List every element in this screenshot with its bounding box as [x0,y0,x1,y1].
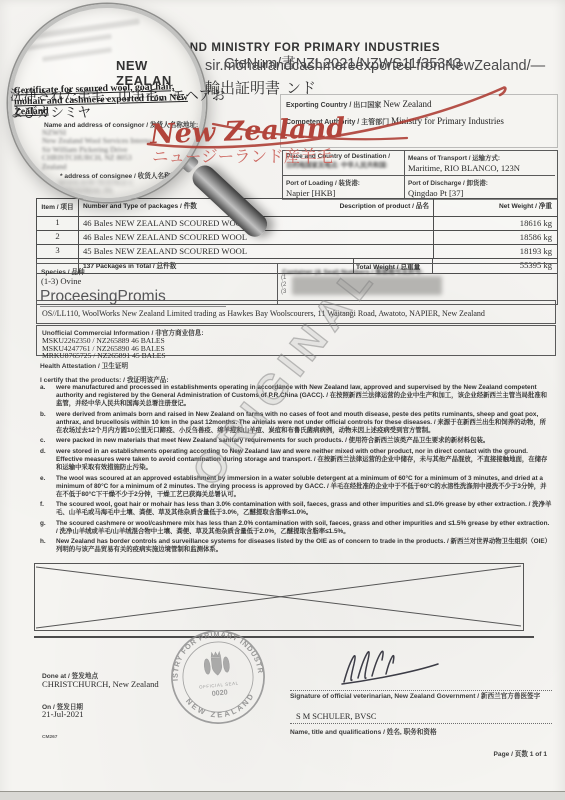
discharge-cell: Port of Discharge / 卸货港: Qingdao Pt [37] [405,176,555,200]
clause-b-letter: b. [40,411,56,435]
overlay-processing-premises: ProceesingPromis [40,288,226,307]
port-loading-label: Port of Loading / 装货港: [286,180,360,187]
health-attestation-label: Health Attestation / 卫生证明 [40,360,128,370]
goods-row-3: 3 45 Bales NEW ZEALAND SCOURED WOOL 1819… [37,244,557,258]
name-title-caption: Name, title and qualifications / 姓名, 职务和… [290,726,437,736]
clause-f: f.The scoured wool, goat hair or mohair … [40,501,552,517]
row3-weight: 18193 kg [433,245,557,258]
row3-desc: 45 Bales NEW ZEALAND SCOURED WOOL [79,245,433,258]
signature-icon [318,630,448,692]
signature-caption: Signature of official veterinarian, New … [290,693,548,701]
done-at-value: CHRISTCHURCH, New Zealand [42,679,159,689]
clause-f-text: The scoured wool, goat hair or mohair ha… [56,501,552,517]
exporting-country-label: Exporting Country / 出口国家 [286,102,381,109]
veterinarian-name: S M SCHULER, BVSC [296,712,377,721]
consignee-line: INDUSTRIAL PA [58,187,134,195]
on-date-value: 21-Jul-2021 [42,709,84,719]
clause-b: b.were derived from animals born and rai… [40,411,552,435]
attestation-clauses: a.were manufactured and processed in est… [40,384,552,557]
clause-e-letter: e. [40,475,56,499]
form-code: CM267 [42,735,57,740]
page-number: Page / 页数 1 of 1 [494,748,548,758]
port-discharge-value: Qingdao Pt [37] [408,188,552,198]
exporting-country-value: New Zealand [383,99,431,109]
container-hint-1: (1 [281,275,286,282]
col-packages: Number and Type of packages / 件数 [83,200,197,215]
clause-d-letter: d. [40,448,56,472]
premises-line: OS//LL110, WoolWorks New Zealand Limited… [42,309,485,318]
species-label: Species / 品种 [41,266,273,276]
port-discharge-label: Port of Discharge / 卸货港: [408,180,488,187]
svg-text:0020: 0020 [211,687,228,698]
certify-line: I certify that the products: / 我证明该产品: [40,374,169,384]
container-numbers-label: Container (& Seal) Numbers / 集装箱号及封号: [282,266,553,276]
goods-row-2: 2 46 Bales NEW ZEALAND SCOURED WOOL 1858… [37,230,557,244]
name-line [290,723,552,724]
official-seal-stamp: MINISTRY FOR PRIMARY INDUSTRIES NEW ZEAL… [165,624,271,730]
species-value: (1-3) Ovine [41,276,273,286]
container-hints: (1 (2 (3 [281,275,286,296]
port-loading-value: Napier [HKB] [286,188,401,198]
clause-b-text: were derived from animals born and raise… [56,411,552,435]
clause-c: c.were packed in new materials that meet… [40,437,552,445]
lens-consignor-address: NZWSI New Zealand Wool Services Interna … [42,129,152,171]
row1-item: 1 [37,217,79,230]
row3-item: 3 [37,245,79,258]
clause-f-letter: f. [40,501,56,517]
row2-item: 2 [37,231,79,244]
transport-cell: Means of Transport / 运输方式: Maritime, RIO… [405,151,555,176]
transport-value: Maritime, RIO BLANCO, 123N [408,163,552,173]
col-net-weight: Net Weight / 净重 [433,199,557,216]
clause-h: h.New Zealand has border controls and su… [40,538,552,554]
clause-c-text: were packed in new materials that meet N… [56,437,552,445]
col-description: Description of product / 品名 [340,200,429,215]
clause-d-text: were stored in an establishments operati… [56,448,552,472]
clause-g-letter: g. [40,520,56,536]
void-box [34,563,524,631]
export-cert-jp-tail: ンド [286,80,316,97]
overlay-jp-nz-wool: ニュージーランド産羊毛 [152,143,333,167]
page-bottom-edge [0,791,565,800]
lens-consignee-address: WOOLSON TEXTILE C INDUSTRIAL PA [58,179,134,195]
transport-label: Means of Transport / 运输方式: [408,155,500,162]
goods-row-1: 1 46 Bales NEW ZEALAND SCOURED WOOL 1861… [37,216,557,230]
row2-weight: 18586 kg [433,231,557,244]
footer-rule [34,636,534,638]
void-cross-icon [35,564,523,630]
clause-h-text: New Zealand has border controls and surv… [56,538,552,554]
clause-c-letter: c. [40,437,56,445]
clause-e: e.The wool was scoured at an approved es… [40,475,552,499]
container-hint-3: (3 [281,289,286,296]
clause-e-text: The wool was scoured at an approved esta… [56,475,552,499]
competent-authority-value: Ministry for Primary Industries [391,116,504,126]
loading-cell: Port of Loading / 装货港: Napier [HKB] [283,176,405,200]
row1-weight: 18616 kg [433,217,557,230]
overlay-title-translation: sir.mohairandcashmereexported fromNewZea… [205,58,545,74]
container-hint-2: (2 [281,282,286,289]
clause-d: d.were stored in an establishments opera… [40,448,552,472]
coat-of-arms-icon [203,651,230,677]
seal-icon: MINISTRY FOR PRIMARY INDUSTRIES NEW ZEAL… [165,624,271,730]
lens-ghost-line [42,47,112,62]
scanned-certificate-page: NEW ZEALAND MINISTRY FOR PRIMARY INDUSTR… [0,0,565,800]
clause-g-text: The scoured cashmere or wool/cashmere mi… [56,520,552,536]
col-item: Item / 项目 [37,199,79,216]
exporting-country-line: Exporting Country / 出口国家 New Zealand [286,99,431,110]
clause-a-letter: a. [40,384,56,408]
clause-g: g.The scoured cashmere or wool/cashmere … [40,520,552,536]
clause-h-letter: h. [40,538,56,554]
overlay-jp-wool-line2: よびカシミヤ [10,101,91,121]
